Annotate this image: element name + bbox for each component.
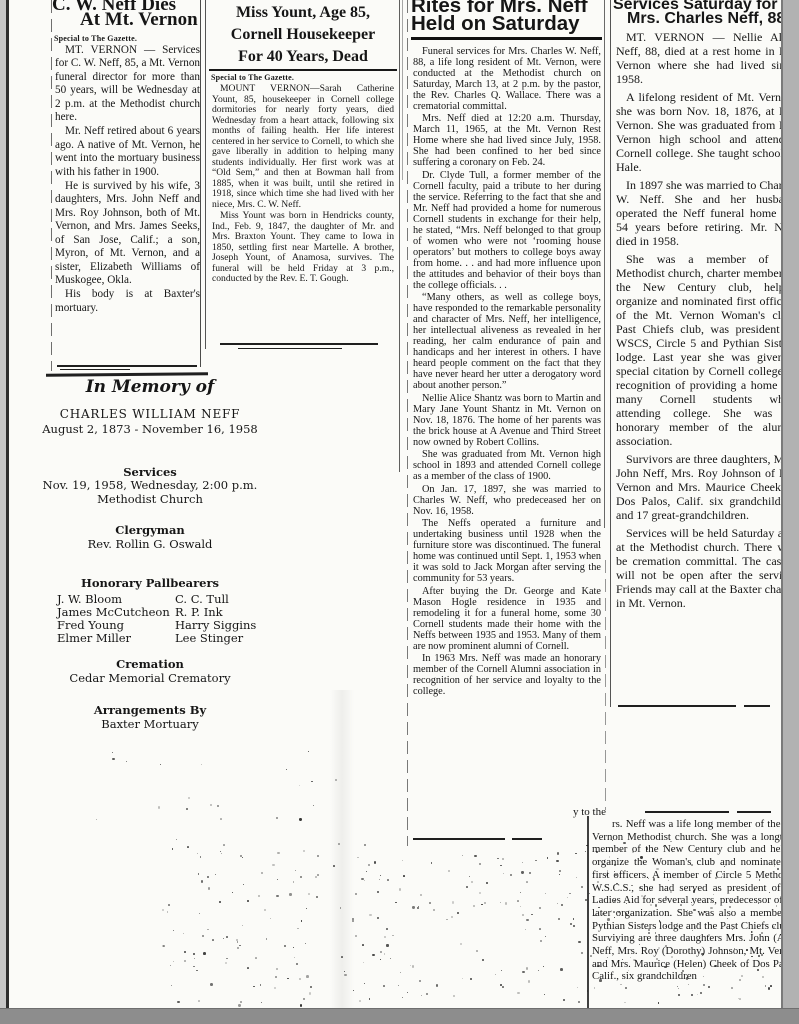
torn-text-remnant: y to the [573, 806, 606, 818]
article-paragraph: Mrs. Neff died at 12:20 a.m. Thursday, M… [413, 113, 601, 168]
headline-rule [209, 69, 397, 71]
pallbearer-name: J. W. Bloom [57, 593, 175, 606]
clipping-neff-dies: C. W. Neff Dies At Mt. Vernon Special to… [52, 0, 202, 316]
section-label: Clergyman [35, 524, 265, 538]
article-paragraph: Miss Yount was born in Hendricks county,… [212, 211, 394, 285]
memorial-card: In Memory of CHARLES WILLIAM NEFF August… [35, 372, 265, 731]
article-paragraph: Funeral services for Mrs. Charles W. Nef… [413, 46, 601, 112]
article-paragraph: Dr. Clyde Tull, a former member of the C… [413, 170, 601, 291]
tear-line [220, 343, 378, 345]
pallbearer-name: Lee Stinger [175, 632, 275, 645]
tear-line [57, 365, 197, 367]
pallbearers-list: J. W. Bloom C. C. Tull James McCutcheon … [35, 593, 265, 646]
clipping-yount: Miss Yount, Age 85, Cornell Housekeeper … [205, 0, 401, 286]
newspaper-scan-page: C. W. Neff Dies At Mt. Vernon Special to… [0, 0, 799, 1024]
section-line: Baxter Mortuary [35, 718, 265, 732]
pallbearer-name: James McCutcheon [57, 606, 175, 619]
section-line: Nov. 19, 1958, Wednesday, 2:00 p.m. [35, 479, 265, 493]
scanner-edge-right [783, 0, 799, 1024]
headline: Held on Saturday [404, 13, 608, 36]
article-paragraph: Surviving are three daughters Mrs. John … [592, 932, 799, 983]
article-body: Funeral services for Mrs. Charles W. Nef… [404, 40, 608, 698]
article-paragraph: Survivors are three daughters, Mrs. John… [616, 452, 796, 522]
article-paragraph: The Neffs operated a furniture and under… [413, 518, 601, 584]
memorial-pallbearers: Honorary Pallbearers J. W. Bloom C. C. T… [35, 577, 265, 645]
article-paragraph: A lifelong resident of Mt. Vernon, she w… [616, 90, 796, 174]
memorial-clergyman: Clergyman Rev. Rollin G. Oswald [35, 524, 265, 551]
article-paragraph: Services will be held Saturday at 2 at t… [616, 526, 796, 610]
section-line: Rev. Rollin G. Oswald [35, 538, 265, 552]
article-paragraph: MT. VERNON — Nellie Alice Neff, 88, died… [616, 30, 796, 86]
article-paragraph: In 1963 Mrs. Neff was made an honorary m… [413, 653, 601, 697]
tear-line [512, 838, 542, 840]
article-paragraph: In 1897 she was married to Charles W. Ne… [616, 178, 796, 248]
headline: Cornell Housekeeper [205, 26, 401, 44]
article-body: MT. VERNON — Services for C. W. Neff, 85… [52, 44, 202, 315]
scan-smudge [330, 690, 354, 1008]
scanner-edge-line [6, 0, 9, 1024]
scanner-edge-bottom [0, 1008, 799, 1024]
article-paragraph: She was graduated from Mt. Vernon high s… [413, 449, 601, 482]
article-body: rs. Neff was a life long member of the M… [585, 808, 799, 983]
pallbearer-name: C. C. Tull [175, 593, 275, 606]
headline: Miss Yount, Age 85, [205, 4, 401, 22]
section-line: Methodist Church [35, 493, 265, 507]
pallbearer-name: R. P. Ink [175, 606, 275, 619]
article-paragraph: MT. VERNON — Services for C. W. Neff, 85… [55, 44, 200, 124]
tear-line [238, 348, 342, 349]
article-paragraph: Mr. Neff retired about 6 years ago. A na… [55, 125, 200, 179]
memorial-cremation: Cremation Cedar Memorial Crematory [35, 658, 265, 685]
tear-line [744, 705, 770, 707]
article-body: MT. VERNON — Nellie Alice Neff, 88, died… [611, 27, 796, 610]
memorial-name: CHARLES WILLIAM NEFF [35, 408, 265, 422]
article-paragraph: He is survived by his wife, 3 daughters,… [55, 180, 200, 287]
section-label: Cremation [35, 658, 265, 672]
headline: Mrs. Charles Neff, 88 [611, 10, 799, 28]
tear-line [60, 369, 130, 370]
byline: Special to The Gazette. [54, 34, 202, 43]
column-rule [402, 0, 403, 180]
tear-line [413, 838, 505, 840]
pallbearer-name: Elmer Miller [57, 632, 175, 645]
article-paragraph: MOUNT VERNON—Sarah Catherine Yount, 85, … [212, 84, 394, 210]
memorial-arrangements: Arrangements By Baxter Mortuary [35, 704, 265, 731]
section-label: Arrangements By [35, 704, 265, 718]
article-body: MOUNT VERNON—Sarah Catherine Yount, 85, … [205, 83, 401, 285]
article-paragraph: She was a member of the Methodist church… [616, 252, 796, 448]
tear-line [618, 705, 736, 707]
article-paragraph: After buying the Dr. George and Kate Mas… [413, 586, 601, 652]
memorial-services: Services Nov. 19, 1958, Wednesday, 2:00 … [35, 466, 265, 507]
clipping-fragment: y to the rs. Neff was a life long member… [585, 808, 799, 983]
article-paragraph: His body is at Baxter's mortuary. [55, 288, 200, 315]
memorial-heading: In Memory of [35, 381, 265, 395]
byline: Special to The Gazette. [211, 73, 401, 82]
article-paragraph: Nellie Alice Shantz was born to Martin a… [413, 393, 601, 448]
section-label: Honorary Pallbearers [35, 577, 265, 591]
clipping-rites: Rites for Mrs. Neff Held on Saturday Fun… [404, 0, 608, 699]
article-paragraph: On Jan. 17, 1897, she was married to Cha… [413, 484, 601, 517]
clipping-services-saturday: Services Saturday for Mrs. Charles Neff,… [611, 0, 799, 614]
article-paragraph: rs. Neff was a life long member of the M… [592, 818, 799, 932]
section-line: Cedar Memorial Crematory [35, 672, 265, 686]
memorial-dates: August 2, 1873 - November 16, 1958 [35, 423, 265, 437]
article-paragraph: “Many others, as well as college boys, h… [413, 292, 601, 391]
headline: For 40 Years, Dead [205, 48, 401, 66]
section-label: Services [35, 466, 265, 480]
